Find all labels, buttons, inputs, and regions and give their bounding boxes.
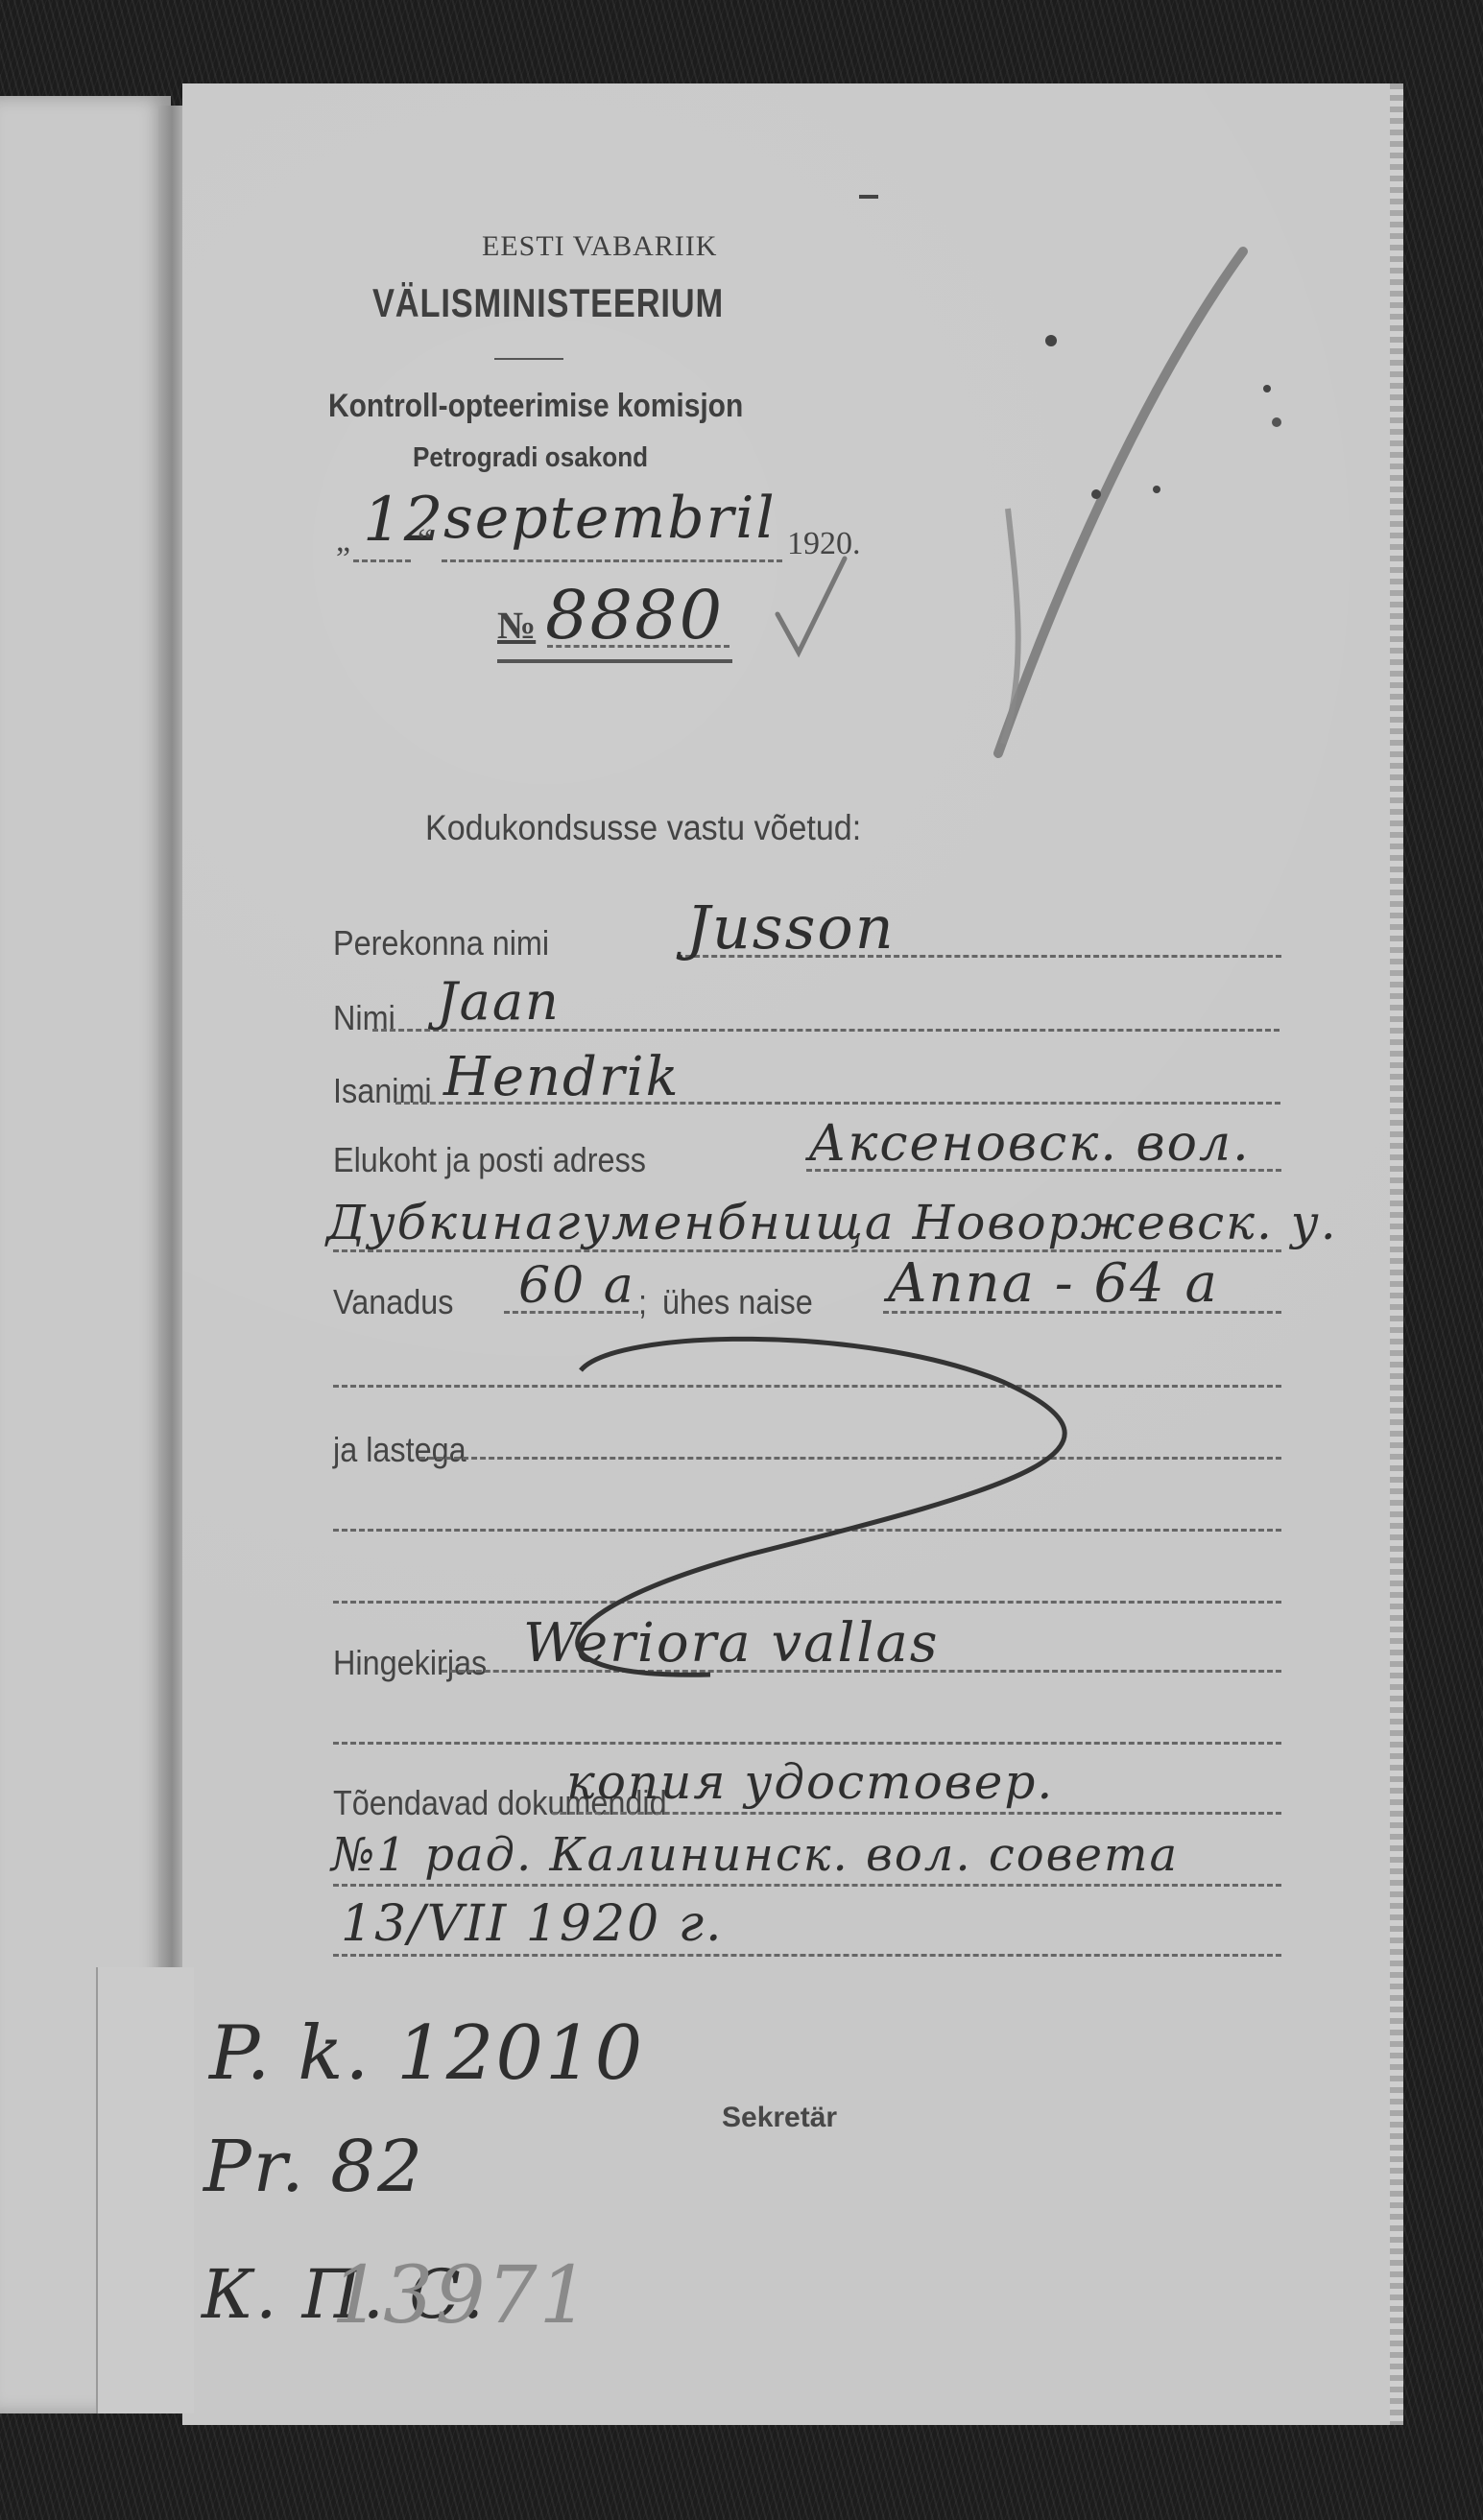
pencil-checkmark-small: [777, 559, 845, 653]
pencil-checkmark-large: [998, 251, 1243, 753]
ink-brace-curve: [578, 1339, 1065, 1675]
annotation-marks: [0, 0, 1483, 2520]
